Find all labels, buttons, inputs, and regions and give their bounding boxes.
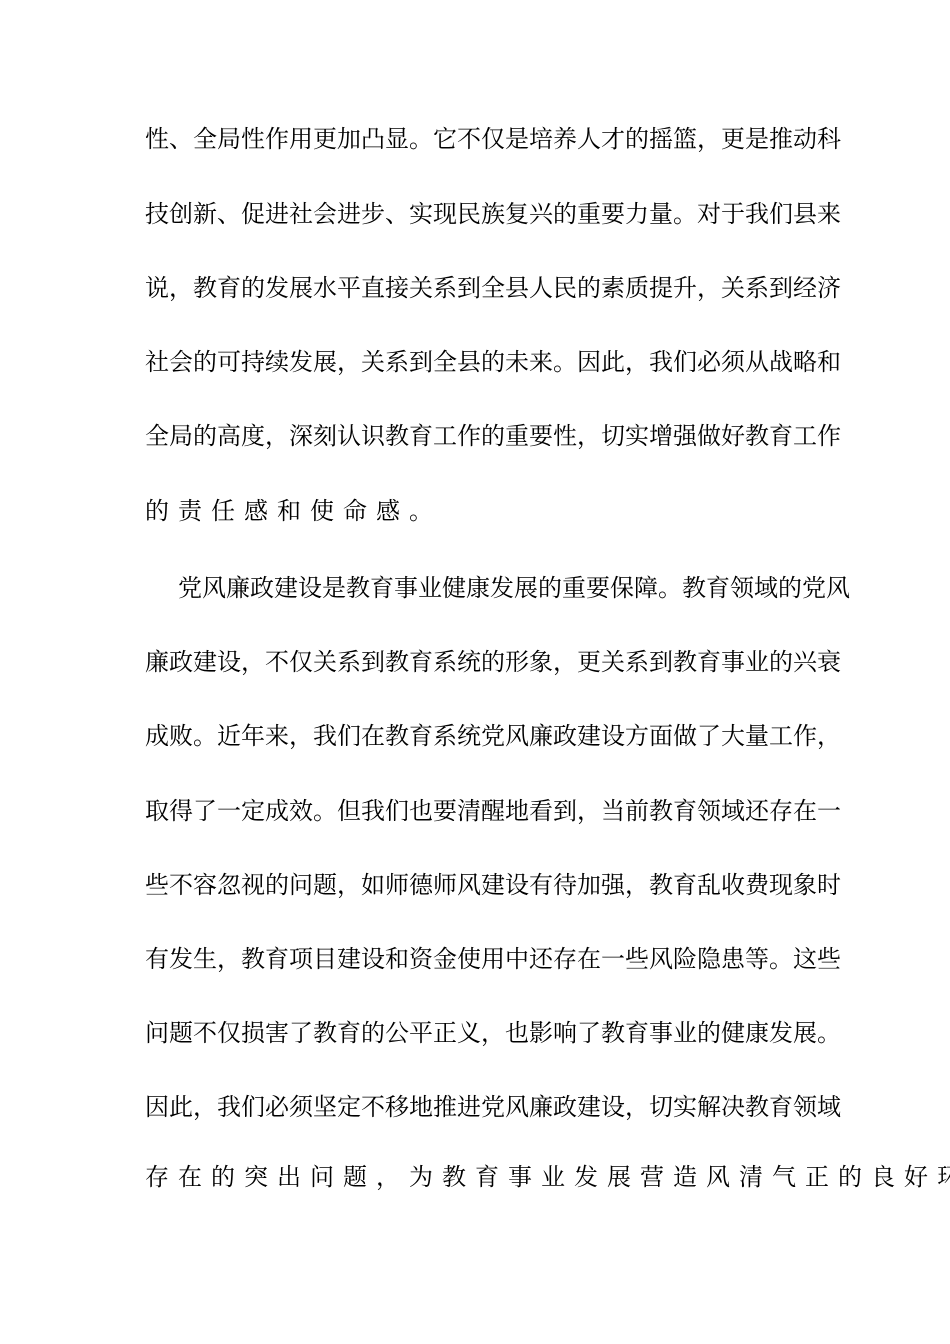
text-line: 些不容忽视的问题，如师德师风建设有待加强，教育乱收费现象时 <box>145 870 805 900</box>
text-line: 社会的可持续发展，关系到全县的未来。因此，我们必须从战略和 <box>145 347 805 377</box>
text-line: 技创新、促进社会进步、实现民族复兴的重要力量。对于我们县来 <box>145 199 805 229</box>
text-line: 的责任感和使命感。 <box>145 496 805 526</box>
document-page: 性、全局性作用更加凸显。它不仅是培养人才的摇篮，更是推动科 技创新、促进社会进步… <box>0 0 950 1344</box>
text-line: 党风廉政建设是教育事业健康发展的重要保障。教育领域的党风 <box>178 573 805 603</box>
text-line: 廉政建设，不仅关系到教育系统的形象，更关系到教育事业的兴衰 <box>145 647 805 677</box>
text-line: 存在的突出问题，为教育事业发展营造风清气正的良好环境。 <box>145 1162 805 1192</box>
text-line: 取得了一定成效。但我们也要清醒地看到，当前教育领域还存在一 <box>145 796 805 826</box>
text-line: 全局的高度，深刻认识教育工作的重要性，切实增强做好教育工作 <box>145 421 805 451</box>
text-line: 成败。近年来，我们在教育系统党风廉政建设方面做了大量工作， <box>145 721 805 751</box>
text-line: 说，教育的发展水平直接关系到全县人民的素质提升，关系到经济 <box>145 273 805 303</box>
text-line: 因此，我们必须坚定不移地推进党风廉政建设，切实解决教育领域 <box>145 1092 805 1122</box>
text-line: 问题不仅损害了教育的公平正义，也影响了教育事业的健康发展。 <box>145 1018 805 1048</box>
text-line: 有发生，教育项目建设和资金使用中还存在一些风险隐患等。这些 <box>145 944 805 974</box>
text-line: 性、全局性作用更加凸显。它不仅是培养人才的摇篮，更是推动科 <box>145 124 805 154</box>
